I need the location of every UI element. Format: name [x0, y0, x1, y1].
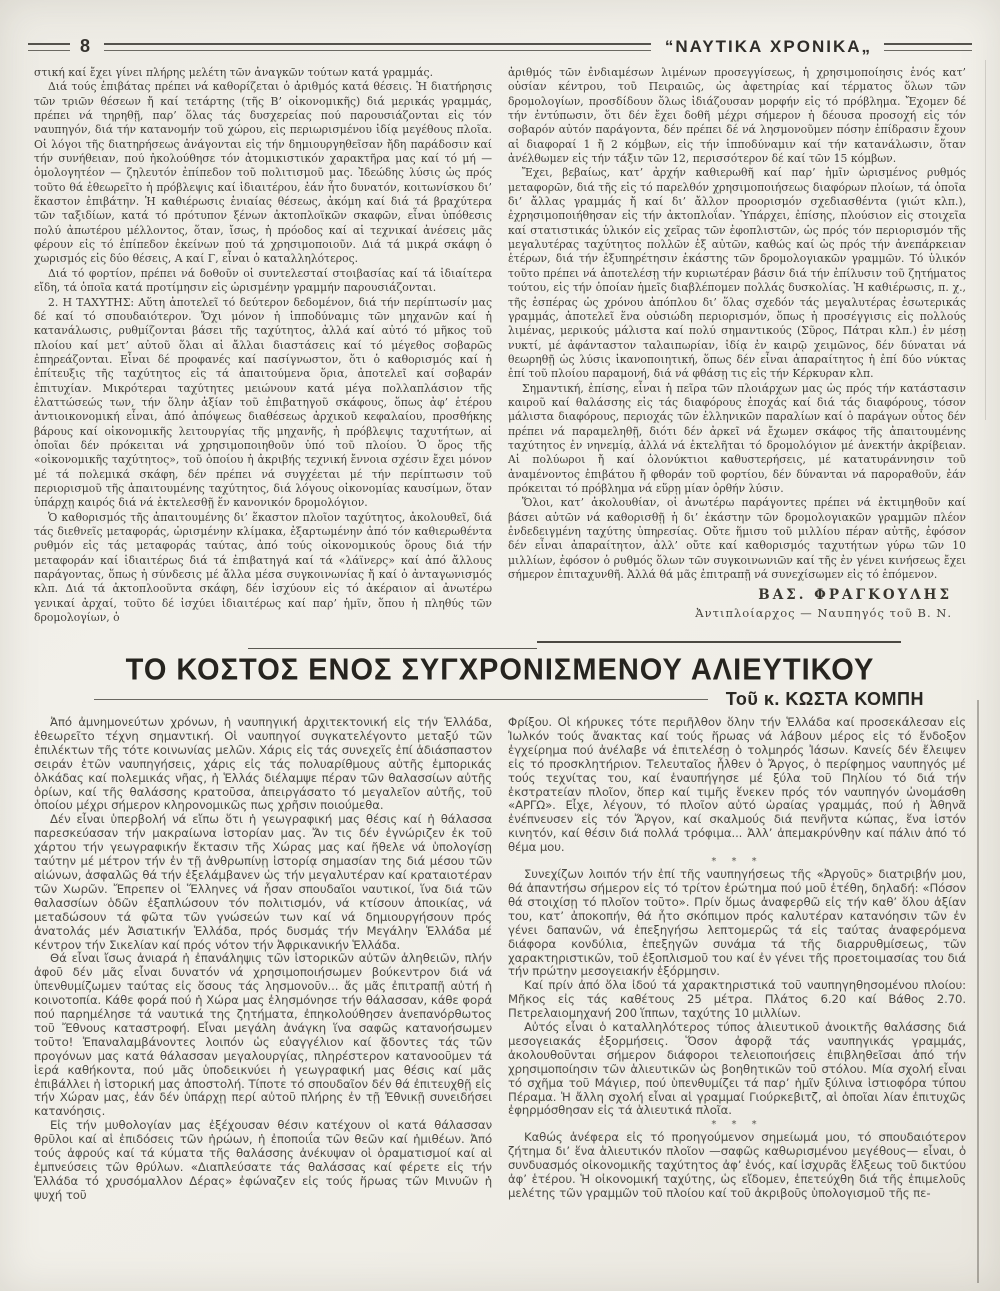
article2-columns: Ἀπό ἀμνημονεύτων χρόνων, ἡ ναυπηγική ἀρχ…	[34, 716, 966, 1285]
article2-byline: Τοῦ κ. ΚΩΣΤΑ ΚΟΜΠΗ	[726, 689, 924, 710]
paragraph: στική καί ἔχει γίνει πλήρης μελέτη τῶν ἀ…	[34, 66, 492, 80]
scan-artifact-line	[977, 700, 979, 1283]
article1-left-column: στική καί ἔχει γίνει πλήρης μελέτη τῶν ἀ…	[34, 66, 492, 650]
paragraph: Θά εἶναι ἴσως ἀνιαρά ἡ ἐπανάληψις τῶν ἱσ…	[34, 952, 492, 1119]
signature-name: ΒΑΣ. ΦΡΑΓΚΟΥΛΗΣ	[508, 588, 952, 602]
paragraph: Ὅλοι, κατ’ ἀκολουθίαν, οἱ ἀνωτέρω παράγο…	[508, 496, 966, 582]
paragraph: 2. Η ΤΑΧΥΤΗΣ: Αὕτη ἀποτελεῖ τό δεύτερον …	[34, 296, 492, 511]
article1-columns: στική καί ἔχει γίνει πλήρης μελέτη τῶν ἀ…	[34, 66, 966, 650]
article1-right-column: ἀριθμός τῶν ἐνδιαμέσων λιμένων προσεγγίσ…	[508, 66, 966, 650]
page-number: 8	[80, 36, 90, 57]
article2-left-column: Ἀπό ἀμνημονεύτων χρόνων, ἡ ναυπηγική ἀρχ…	[34, 716, 492, 1285]
paragraph: Συνεχίζων λοιπόν τήν ἐπί τῆς ναυπηγήσεως…	[508, 868, 966, 979]
header-rule-right	[884, 43, 972, 51]
signature-title: Ἀντιπλοίαρχος — Ναυπηγός τοῦ Β. Ν.	[508, 606, 952, 620]
article1-signature: ΒΑΣ. ΦΡΑΓΚΟΥΛΗΣ Ἀντιπλοίαρχος — Ναυπηγός…	[508, 588, 966, 620]
article2-right-column: Φρίξου. Οἱ κήρυκες τότε περιῆλθον ὅλην τ…	[508, 716, 966, 1285]
paragraph: Καί πρίν ἀπό ὅλα ἰδού τά χαρακτηριστικά …	[508, 979, 966, 1021]
paragraph: Εἰς τήν μυθολογίαν μας ἐξέχουσαν θέσιν κ…	[34, 1119, 492, 1202]
paragraph: Φρίξου. Οἱ κήρυκες τότε περιῆλθον ὅλην τ…	[508, 716, 966, 855]
article2-title: ΤΟ ΚΟΣΤΟΣ ΕΝΟΣ ΣΥΓΧΡΟΝΙΣΜΕΝΟΥ ΑΛΙΕΥΤΙΚΟΥ	[34, 653, 966, 688]
paragraph: Ἀπό ἀμνημονεύτων χρόνων, ἡ ναυπηγική ἀρχ…	[34, 716, 492, 813]
masthead-title: “ΝΑΥΤΙΚΑ ΧΡΟΝΙΚΑ„	[665, 37, 872, 57]
paragraph: Ἔχει, βεβαίως, κατ’ ἀρχήν καθιερωθῆ καί …	[508, 166, 966, 381]
article1-right-text: ἀριθμός τῶν ἐνδιαμέσων λιμένων προσεγγίσ…	[508, 66, 966, 582]
paragraph: Ὁ καθορισμός τῆς ἀπαιτουμένης δι’ ἕκαστο…	[34, 511, 492, 626]
paragraph: Διά τούς ἐπιβάτας πρέπει νά καθορίζεται …	[34, 80, 492, 266]
divider-segment-left	[248, 648, 537, 649]
magazine-page: 8 “ΝΑΥΤΙΚΑ ΧΡΟΝΙΚΑ„ στική καί ἔχει γίνει…	[0, 0, 1000, 1291]
paragraph: Δέν εἶναι ὑπερβολή νά εἴπω ὅτι ἡ γεωγραφ…	[34, 813, 492, 952]
header-rule-center	[104, 43, 651, 51]
byline-row: Τοῦ κ. ΚΩΣΤΑ ΚΟΜΠΗ	[34, 689, 966, 710]
scan-artifact-line-faint	[985, 60, 986, 420]
masthead: 8 “ΝΑΥΤΙΚΑ ΧΡΟΝΙΚΑ„	[28, 36, 972, 57]
paragraph: ἀριθμός τῶν ἐνδιαμέσων λιμένων προσεγγίσ…	[508, 66, 966, 166]
paragraph: Σημαντική, ἐπίσης, εἶναι ἡ πεῖρα τῶν πλο…	[508, 382, 966, 497]
section-divider-rule	[34, 640, 966, 652]
article2-header: ΤΟ ΚΟΣΤΟΣ ΕΝΟΣ ΣΥΓΧΡΟΝΙΣΜΕΝΟΥ ΑΛΙΕΥΤΙΚΟΥ…	[34, 640, 966, 710]
paragraph: Διά τό φορτίον, πρέπει νά δοθοῦν οἱ συντ…	[34, 267, 492, 296]
header-rule-left	[28, 43, 70, 51]
byline-rule	[94, 699, 708, 700]
paragraph: Καθώς ἀνέφερα εἰς τό προηγούμενον σημείω…	[508, 1131, 966, 1201]
divider-segment-right	[537, 641, 900, 643]
paragraph: Αὐτός εἶναι ὁ καταλληλότερος τύπος ἁλιευ…	[508, 1021, 966, 1118]
